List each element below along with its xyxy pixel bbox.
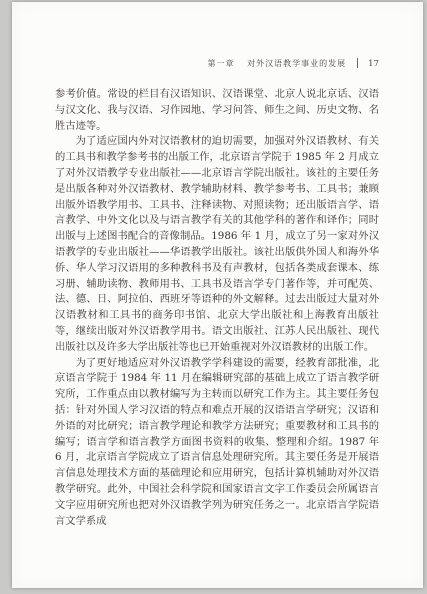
book-page: 第一章 对外汉语教学事业的发展 17 参考价值。常设的栏目有汉语知识、汉语课堂、… [12, 2, 423, 588]
body-text: 参考价值。常设的栏目有汉语知识、汉语课堂、北京人说北京话、汉语与汉文化、我与汉语… [55, 87, 379, 529]
paragraph: 为了更好地适应对外汉语教学学科建设的需要，经教育部批准，北京语言学院于 1984… [55, 356, 379, 530]
paragraph: 为了适应国内外对汉语教材的迫切需要，加强对外汉语教材、有关的工具书和教学参考书的… [55, 134, 379, 355]
running-header: 第一章 对外汉语教学事业的发展 17 [55, 58, 379, 69]
chapter-label: 第一章 [208, 59, 235, 68]
header-divider [357, 58, 358, 68]
chapter-title: 对外汉语教学事业的发展 [247, 59, 346, 68]
scanner-background: 第一章 对外汉语教学事业的发展 17 参考价值。常设的栏目有汉语知识、汉语课堂、… [0, 0, 427, 594]
page-number: 17 [368, 59, 379, 69]
paragraph: 参考价值。常设的栏目有汉语知识、汉语课堂、北京人说北京话、汉语与汉文化、我与汉语… [55, 87, 379, 134]
